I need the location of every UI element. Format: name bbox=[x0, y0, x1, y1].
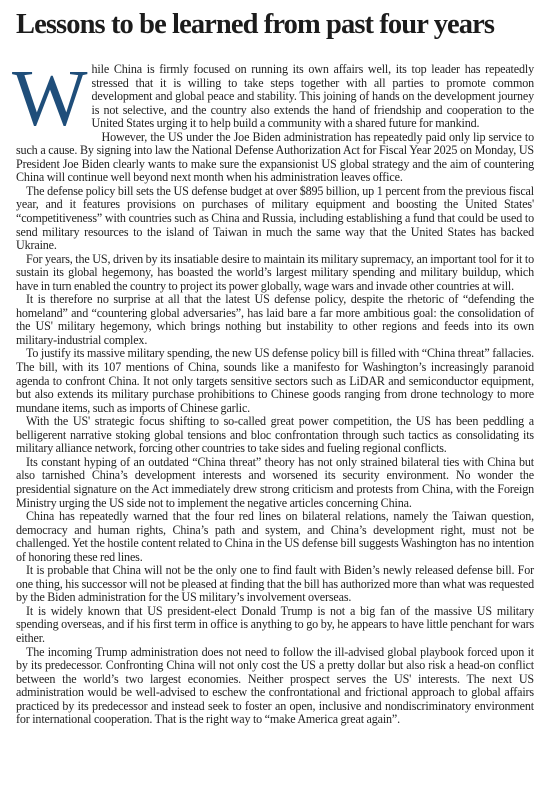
article-body: While China is firmly focused on running… bbox=[16, 63, 534, 727]
article-paragraph-1: While China is firmly focused on running… bbox=[16, 63, 534, 131]
drop-cap: W bbox=[12, 65, 86, 131]
article-paragraph-12: The incoming Trump administration does n… bbox=[16, 646, 534, 727]
article-paragraph-7: With the US' strategic focus shifting to… bbox=[16, 415, 534, 456]
article-paragraph-9: China has repeatedly warned that the fou… bbox=[16, 510, 534, 564]
article-paragraph-8: Its constant hyping of an outdated “Chin… bbox=[16, 456, 534, 510]
article-paragraph-6: To justify its massive military spending… bbox=[16, 347, 534, 415]
article-paragraph-3: The defense policy bill sets the US defe… bbox=[16, 185, 534, 253]
article-paragraph-4: For years, the US, driven by its insatia… bbox=[16, 253, 534, 294]
article-paragraph-2: However, the US under the Joe Biden admi… bbox=[16, 131, 534, 185]
paragraph-text: hile China is firmly focused on running … bbox=[92, 62, 534, 130]
article-paragraph-5: It is therefore no surprise at all that … bbox=[16, 293, 534, 347]
article-page: Lessons to be learned from past four yea… bbox=[0, 0, 549, 799]
article-paragraph-10: It is probable that China will not be th… bbox=[16, 564, 534, 605]
article-paragraph-11: It is widely known that US president-ele… bbox=[16, 605, 534, 646]
article-headline: Lessons to be learned from past four yea… bbox=[16, 8, 534, 42]
